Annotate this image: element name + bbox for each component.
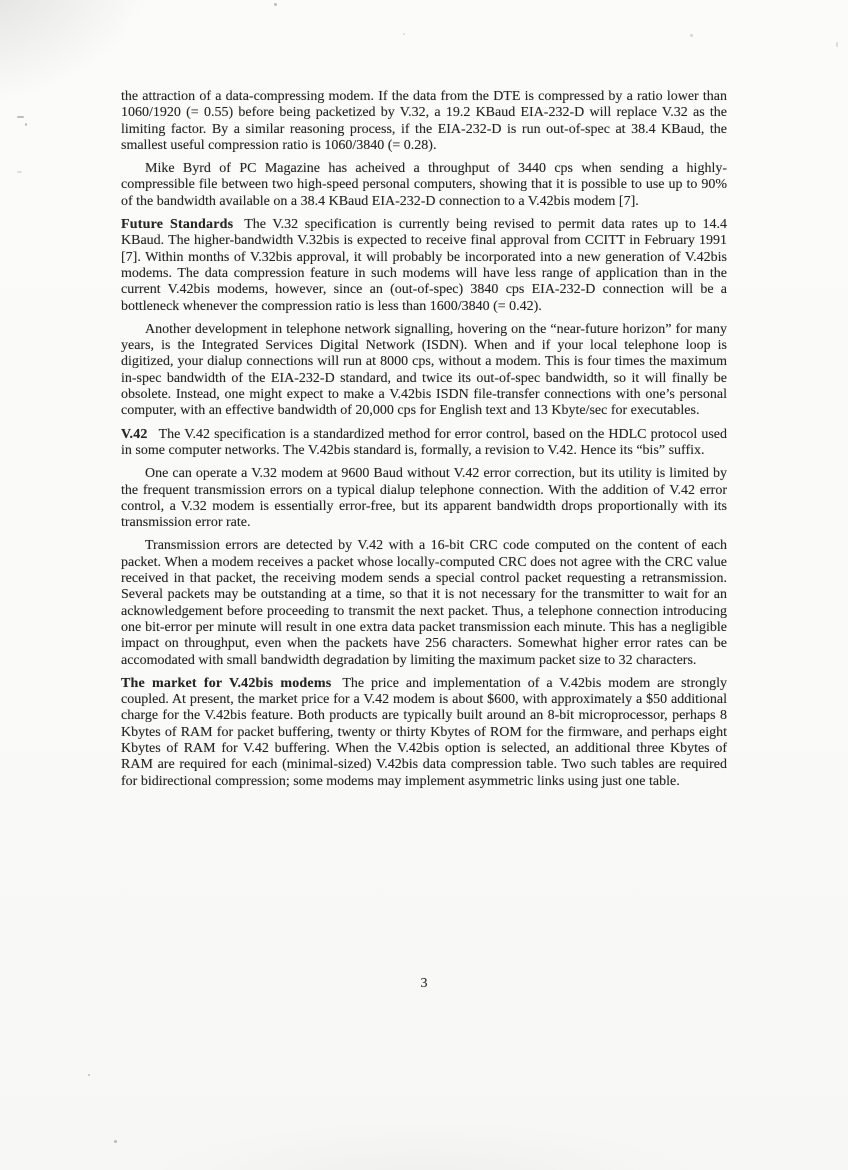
margin-mark bbox=[25, 123, 27, 126]
section-heading-future-standards: Future Standards bbox=[121, 217, 233, 232]
scan-speck bbox=[274, 3, 277, 6]
paragraph-compression-continuation: the attraction of a data-compressing mod… bbox=[121, 89, 727, 154]
scan-speck bbox=[836, 42, 838, 47]
scan-speck bbox=[403, 33, 405, 35]
section-heading-market: The market for V.42bis modems bbox=[121, 676, 331, 691]
scan-speck bbox=[88, 1074, 90, 1076]
margin-mark bbox=[17, 116, 24, 118]
paragraph-mike-byrd: Mike Byrd of PC Magazine has acheived a … bbox=[121, 161, 727, 210]
section-text: The V.42 specification is a standardized… bbox=[121, 427, 727, 458]
paragraph-isdn: Another development in telephone network… bbox=[121, 322, 727, 420]
scan-speck bbox=[114, 1140, 117, 1143]
section-market: The market for V.42bis modemsThe price a… bbox=[121, 676, 727, 790]
scan-speck bbox=[690, 34, 693, 37]
section-text: The price and implementation of a V.42bi… bbox=[121, 676, 727, 789]
paragraph-crc-errors: Transmission errors are detected by V.42… bbox=[121, 538, 727, 668]
paragraph-v32-error-correction: One can operate a V.32 modem at 9600 Bau… bbox=[121, 466, 727, 531]
text-column: the attraction of a data-compressing mod… bbox=[121, 89, 727, 790]
section-future-standards: Future StandardsThe V.32 specification i… bbox=[121, 217, 727, 315]
margin-mark bbox=[17, 171, 22, 173]
section-heading-v42: V.42 bbox=[121, 427, 148, 442]
section-v42: V.42The V.42 specification is a standard… bbox=[121, 427, 727, 460]
page-number: 3 bbox=[0, 976, 848, 992]
scanned-page: the attraction of a data-compressing mod… bbox=[0, 0, 848, 1170]
